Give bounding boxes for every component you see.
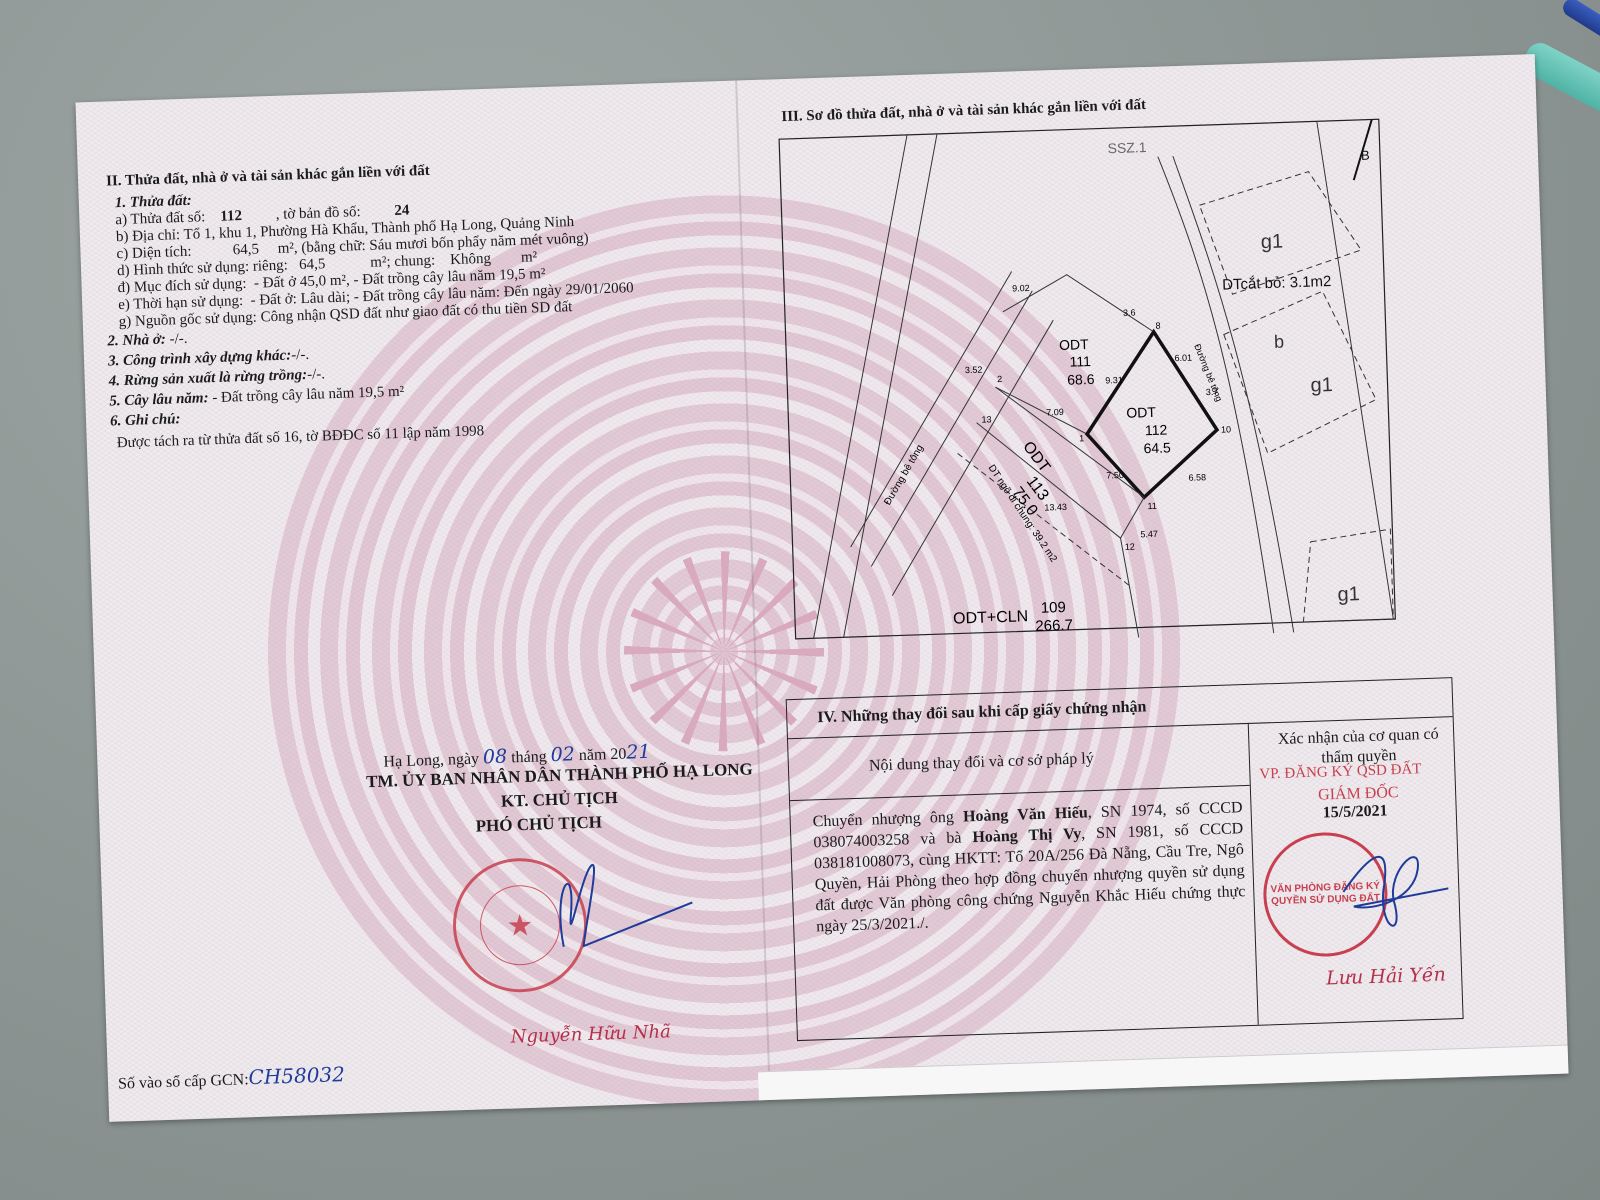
issue-year: 21 [626, 741, 651, 764]
issue-day: 08 [483, 746, 508, 769]
area-value: 64,5 [232, 241, 259, 258]
svg-text:13: 13 [981, 414, 991, 424]
land-details: 1. Thửa đất: a) Thửa đất số: 112 , tờ bả… [115, 178, 635, 331]
map-sheet-number: 24 [394, 202, 410, 219]
parcel-112-type: ODT [1126, 404, 1157, 421]
signature-right [1331, 828, 1455, 952]
parcel-112-number: 112 [1145, 421, 1168, 438]
svg-text:68.6: 68.6 [1067, 371, 1095, 388]
svg-text:109: 109 [1041, 599, 1067, 617]
svg-text:111: 111 [1069, 353, 1091, 370]
svg-text:7.50: 7.50 [1106, 470, 1124, 481]
svg-text:5.47: 5.47 [1140, 529, 1158, 540]
svg-text:ODT: ODT [1059, 336, 1090, 353]
svg-text:9.02: 9.02 [1012, 283, 1030, 294]
svg-text:8: 8 [1155, 321, 1160, 331]
svg-text:7.09: 7.09 [1046, 407, 1064, 418]
parcel-112-area: 64.5 [1143, 439, 1171, 456]
on-behalf-title: KT. CHỦ TỊCH [501, 789, 618, 810]
svg-text:12: 12 [1125, 542, 1135, 552]
svg-text:1: 1 [1079, 433, 1084, 443]
svg-text:SSZ.1: SSZ.1 [1107, 139, 1147, 156]
svg-text:2: 2 [997, 374, 1002, 384]
svg-text:ODT: ODT [1019, 438, 1053, 475]
svg-text:3.52: 3.52 [965, 365, 983, 376]
confirmation-date: 15/5/2021 [1322, 802, 1387, 821]
common-lane-label: DT ngõ đi chung: 39.2 m2 [986, 463, 1059, 565]
svg-text:266.7: 266.7 [1035, 617, 1073, 635]
gcn-number: CH58032 [248, 1062, 345, 1089]
parcel-number: 112 [220, 208, 242, 226]
change-content: Chuyển nhượng ông Hoàng Văn Hiếu, SN 197… [812, 797, 1246, 937]
signer-position: PHÓ CHỦ TỊCH [475, 813, 602, 834]
changes-table: IV. Những thay đổi sau khi cấp giấy chứn… [786, 677, 1464, 1041]
label-g1-top: g1 [1260, 231, 1283, 254]
road-label: Đường bê tông [882, 443, 925, 507]
transferor-name: Hoàng Văn Hiếu [963, 804, 1088, 825]
label-g1-bottom: g1 [1337, 583, 1360, 606]
signer-name-left: Nguyễn Hữu Nhã [510, 1023, 671, 1045]
svg-text:3.6: 3.6 [1123, 307, 1136, 317]
svg-text:13.43: 13.43 [1044, 502, 1067, 513]
svg-text:3.7: 3.7 [1206, 387, 1219, 397]
svg-text:ODT+CLN: ODT+CLN [953, 608, 1029, 627]
signer-name-right: Lưu Hải Yến [1326, 967, 1446, 988]
land-use-certificate: II. Thửa đất, nhà ở và tài sản khác gắn … [75, 54, 1568, 1122]
svg-text:b: b [1274, 332, 1285, 352]
svg-text:10: 10 [1221, 424, 1231, 434]
north-arrow-label: B [1361, 148, 1370, 163]
svg-text:6.01: 6.01 [1174, 353, 1192, 364]
house-item: 2. Nhà ở: -/-. [107, 331, 188, 351]
issue-month: 02 [550, 743, 575, 766]
cut-area-label: DTcắt bỏ: 3.1m2 [1222, 273, 1332, 294]
label-g1-mid: g1 [1310, 374, 1333, 397]
signature-left [520, 842, 704, 958]
director-title: GIÁM ĐỐC [1318, 784, 1399, 804]
co-owner-name: Hoàng Thị Vy [972, 826, 1081, 847]
section4-title: IV. Những thay đổi sau khi cấp giấy chứn… [817, 698, 1147, 726]
note-heading: 6. Ghi chú: [110, 411, 181, 430]
column-header-changes: Nội dung thay đổi và cơ sở pháp lý [869, 750, 1094, 774]
svg-text:6.58: 6.58 [1188, 472, 1206, 483]
parcel-map: B SSZ.1 g1 DTcắt bỏ: 3.1m2 b g1 g1 ODT 1… [777, 109, 1415, 669]
svg-text:11: 11 [1147, 501, 1157, 511]
svg-text:9.31: 9.31 [1105, 375, 1123, 386]
